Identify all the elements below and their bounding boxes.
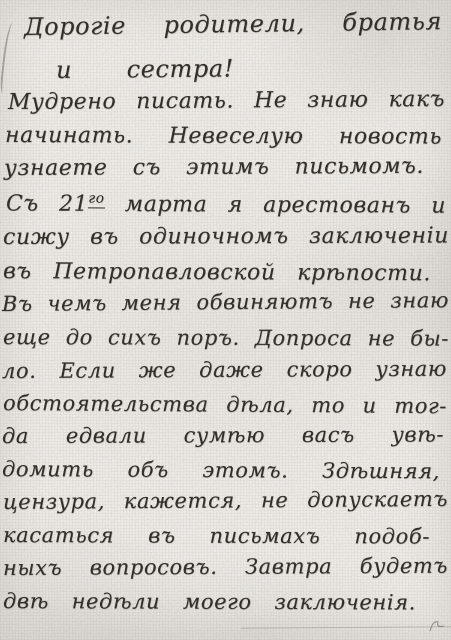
letter-line: узнаете съ этимъ письмомъ. — [4, 155, 424, 181]
letter-page: Дорогіе родители, братья и сестра! Мудре… — [0, 0, 451, 640]
letter-line: еще до сихъ поръ. Допроса не бы- — [3, 326, 449, 351]
corner-mark — [428, 617, 448, 633]
letter-line: цензура, кажется, не допускаетъ — [3, 488, 448, 514]
letter-line-date: Съ 21го марта я арестованъ и — [6, 191, 446, 219]
letter-line: начинать. Невеселую новость — [5, 124, 442, 150]
letter-line: Въ чемъ меня обвиняютъ не знаю — [2, 289, 449, 316]
letter-line: въ Петропавловской крѣпости. — [3, 260, 431, 286]
letter-line: двѣ недѣли моего заключенія. — [3, 590, 416, 615]
paper-crease — [0, 22, 18, 95]
letter-line: домить объ этомъ. Здѣшняя, — [2, 458, 440, 483]
date-superscript: го — [88, 190, 104, 208]
date-continuation: марта я арестованъ и — [125, 192, 446, 219]
letter-line: обстоятельства дѣла, то и тог- — [3, 392, 447, 418]
letter-line: ныхъ вопросовъ. Завтра будетъ — [3, 555, 448, 580]
date-text: Съ 21 — [6, 191, 88, 216]
letter-line: да едвали сумѣю васъ увѣ- — [2, 423, 444, 448]
letter-line: и сестра! — [56, 55, 234, 83]
letter-line: Дорогіе родители, братья — [24, 8, 442, 40]
letter-line: сижу въ одиночномъ заключеніи — [3, 224, 449, 250]
letter-line: Мудрено писать. Не знаю какъ — [8, 88, 445, 115]
letter-line: касаться въ письмахъ подоб- — [3, 524, 430, 549]
scan-edge-line — [241, 626, 451, 628]
letter-line: ло. Если же даже скоро узнаю — [2, 358, 447, 383]
